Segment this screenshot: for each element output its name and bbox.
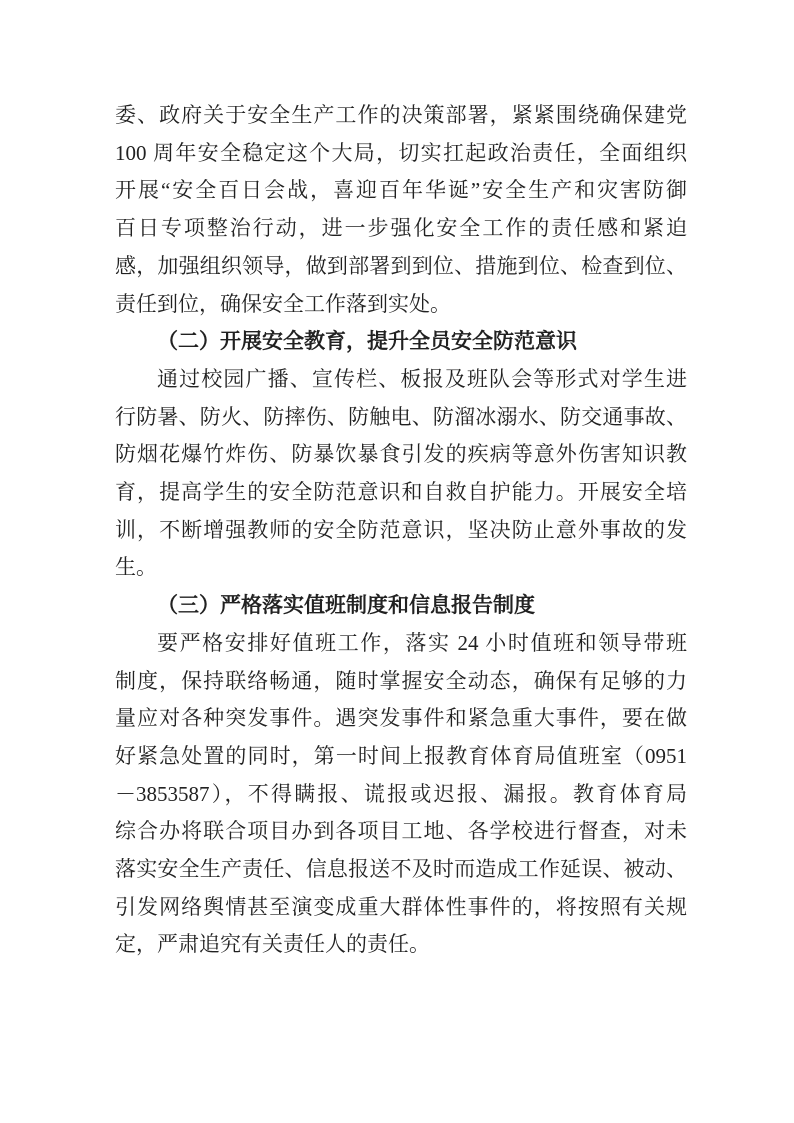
text-line: 要严格安排好值班工作，落实 24 小时值班和领导带班 <box>115 625 687 663</box>
text-line: 感，加强组织领导，做到部署到到位、措施到位、检查到位、 <box>115 248 687 286</box>
section-heading: （二）开展安全教育，提升全员安全防范意识 <box>115 323 687 361</box>
text-line: 生。 <box>115 549 687 587</box>
text-line: 量应对各种突发事件。遇突发事件和紧急重大事件，要在做 <box>115 700 687 738</box>
document-page: 委、政府关于安全生产工作的决策部署，紧紧围绕确保建党100 周年安全稳定这个大局… <box>0 0 794 1123</box>
text-line: 防烟花爆竹炸伤、防暴饮暴食引发的疾病等意外伤害知识教 <box>115 436 687 474</box>
text-line: 好紧急处置的同时，第一时间上报教育体育局值班室（0951 <box>115 738 687 776</box>
text-line: 责任到位，确保安全工作落到实处。 <box>115 286 687 324</box>
text-line: 100 周年安全稳定这个大局，切实扛起政治责任，全面组织 <box>115 135 687 173</box>
text-line: 百日专项整治行动，进一步强化安全工作的责任感和紧迫 <box>115 210 687 248</box>
text-line: －3853587），不得瞒报、谎报或迟报、漏报。教育体育局 <box>115 776 687 814</box>
text-line: 引发网络舆情甚至演变成重大群体性事件的，将按照有关规 <box>115 889 687 927</box>
text-line: 制度，保持联络畅通，随时掌握安全动态，确保有足够的力 <box>115 663 687 701</box>
text-line: 综合办将联合项目办到各项目工地、各学校进行督查，对未 <box>115 813 687 851</box>
text-line: 训，不断增强教师的安全防范意识，坚决防止意外事故的发 <box>115 512 687 550</box>
text-line: 定，严肃追究有关责任人的责任。 <box>115 926 687 964</box>
text-line: 育，提高学生的安全防范意识和自救自护能力。开展安全培 <box>115 474 687 512</box>
text-line: 落实安全生产责任、信息报送不及时而造成工作延误、被动、 <box>115 851 687 889</box>
text-line: 开展“安全百日会战，喜迎百年华诞”安全生产和灾害防御 <box>115 172 687 210</box>
section-heading: （三）严格落实值班制度和信息报告制度 <box>115 587 687 625</box>
text-line: 通过校园广播、宣传栏、板报及班队会等形式对学生进 <box>115 361 687 399</box>
text-line: 行防暑、防火、防摔伤、防触电、防溜冰溺水、防交通事故、 <box>115 399 687 437</box>
text-line: 委、政府关于安全生产工作的决策部署，紧紧围绕确保建党 <box>115 97 687 135</box>
document-body: 委、政府关于安全生产工作的决策部署，紧紧围绕确保建党100 周年安全稳定这个大局… <box>115 97 687 964</box>
